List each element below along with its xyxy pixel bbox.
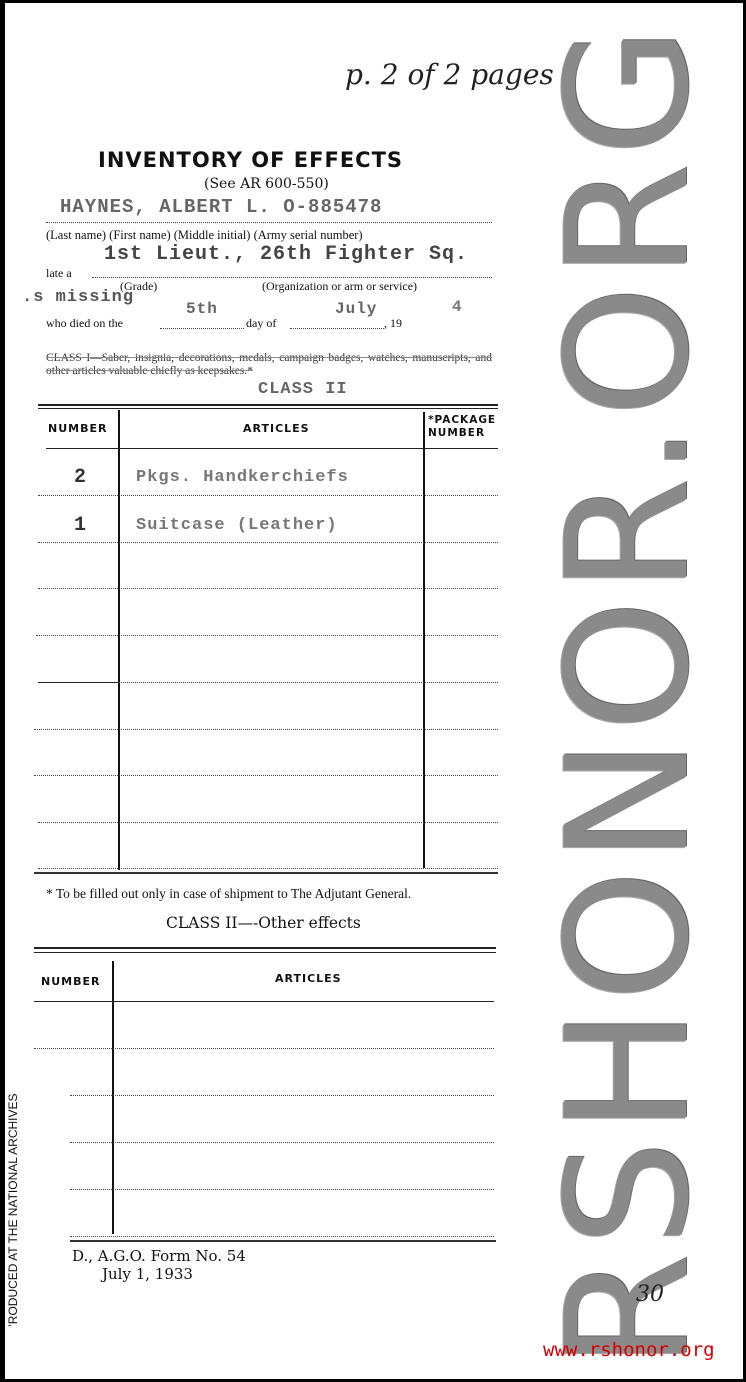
page-border-top [0,0,746,3]
table1-header-number: NUMBER [48,422,107,435]
day-dotted-line [160,328,244,329]
row-number: 2 [74,466,86,489]
table1-col-divider-2 [423,412,425,868]
table1-row-rule [38,495,498,496]
class1-description: CLASS I—Saber, insignia, decorations, me… [46,352,492,378]
table1-header-articles: ARTICLES [243,422,310,435]
table1-header-package-number: *PACKAGE NUMBER [428,414,500,440]
site-url-link[interactable]: www.rshonor.org [543,1339,715,1361]
typed-day: 5th [186,300,218,318]
typed-year: 4 [452,298,463,316]
table2-top-rule [34,947,496,949]
late-a-label: late a [46,266,72,281]
national-archives-stamp: 'RODUCED AT THE NATIONAL ARCHIVES [6,1093,20,1326]
table1-header-rule [46,448,498,449]
name-field-labels: (Last name) (First name) (Middle initial… [46,228,363,243]
organization-label: (Organization or arm or service) [262,279,417,294]
year-prefix-label: , 19 [384,316,402,331]
month-dotted-line [290,328,384,329]
handwritten-page-number: 30 [636,1282,664,1307]
table1-col-divider-1 [118,410,120,870]
table1-bottom-rule [34,872,498,874]
page-border-left [0,0,5,1382]
page-count-annotation: p. 2 of 2 pages [345,58,554,91]
row-article: Pkgs. Handkerchiefs [136,468,349,487]
class2-heading: CLASS II—-Other effects [166,914,361,932]
table2-header-rule [34,1001,494,1002]
table1-row-rule [36,635,498,636]
typed-grade-organization: 1st Lieut., 26th Fighter Sq. [104,243,468,266]
form-number: D., A.G.O. Form No. 54 [72,1247,246,1265]
form-title: INVENTORY OF EFFECTS [98,148,403,172]
late-a-dotted-line [92,277,492,278]
table1-top-rule-2 [38,408,498,409]
table1-row-rule [118,682,498,683]
typed-month: July [335,300,377,318]
table1-row-rule [38,868,498,869]
table1-row-rule [34,775,498,776]
table2-bottom-rule [70,1240,496,1242]
table2-row-rule [34,1048,494,1049]
table2-row-rule [70,1189,494,1190]
table2-row-rule [70,1236,494,1237]
name-dotted-line [46,222,492,223]
table1-row-rule-solid [38,682,118,683]
table1-row-rule [38,822,498,823]
day-of-label: day of [246,316,276,331]
form-date: July 1, 1933 [102,1265,193,1283]
rshonor-watermark: RSHONOR.ORG [530,20,726,1369]
table1-row-rule [38,542,498,543]
form-subtitle: (See AR 600-550) [204,176,329,192]
typed-name-serial: HAYNES, ALBERT L. O-885478 [60,196,382,218]
table2-row-rule [70,1142,494,1143]
table2-row-rule [70,1095,494,1096]
table1-top-rule [38,404,498,406]
table2-header-number: NUMBER [41,975,100,988]
table1-footnote: * To be filled out only in case of shipm… [46,886,411,902]
who-died-label: who died on the [46,316,123,331]
row-number: 1 [74,514,86,537]
typed-missing: .s missing [22,288,134,307]
typed-class-ii-overtype: CLASS II [258,380,348,399]
table1-row-rule [34,729,498,730]
row-article: Suitcase (Leather) [136,516,338,535]
table2-top-rule-2 [34,952,496,953]
table2-header-articles: ARTICLES [275,972,342,985]
table1-row-rule [38,588,498,589]
